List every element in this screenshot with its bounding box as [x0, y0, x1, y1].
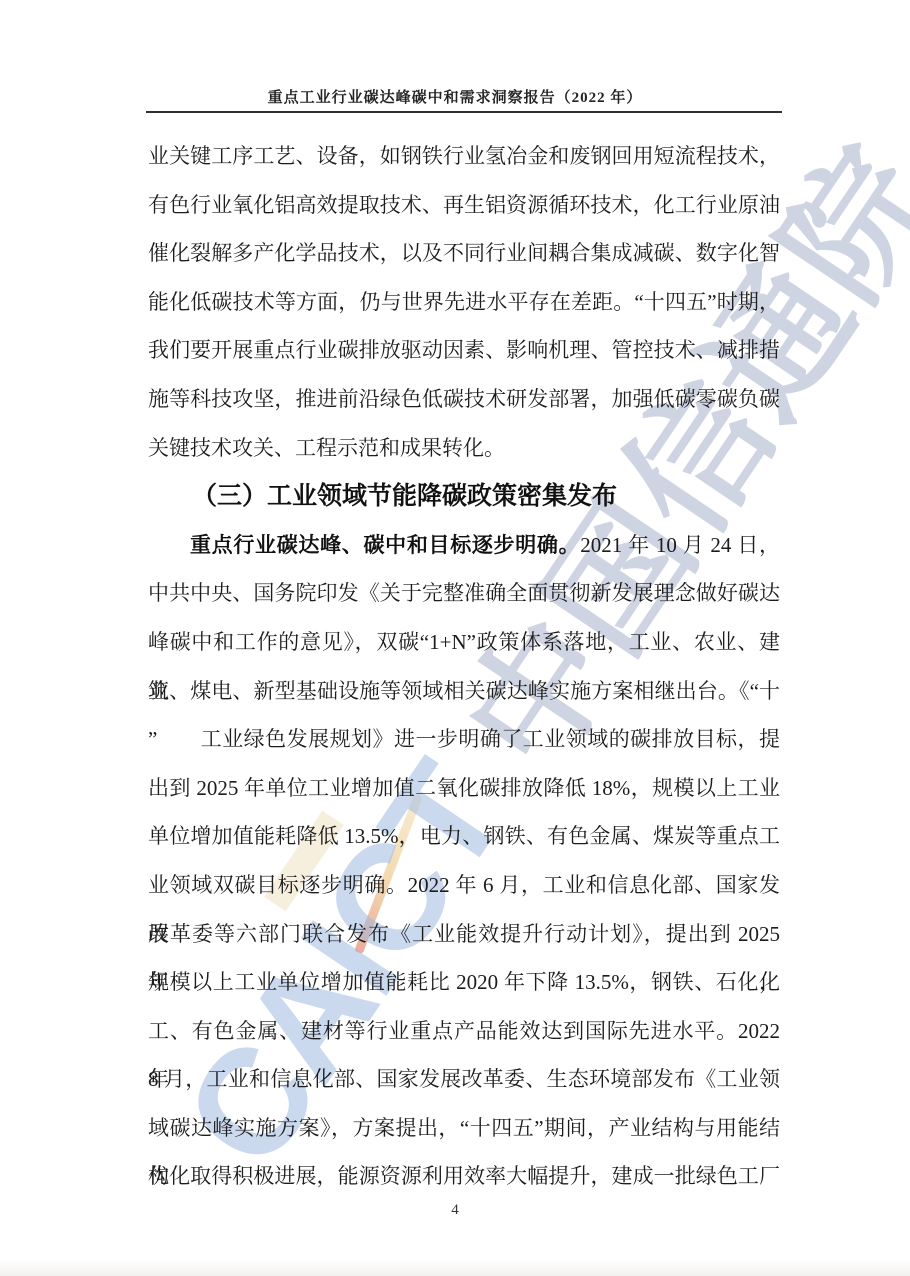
paragraph2-lead-rest: 2021 年 10 月 24 日，	[580, 533, 780, 557]
paragraph1-line: 业关键工序工艺、设备，如钢铁行业氢冶金和废钢回用短流程技术，	[148, 132, 780, 181]
paragraph1-line: 催化裂解多产化学品技术，以及不同行业间耦合集成减碳、数字化智	[148, 229, 780, 278]
paragraph2-lead-bold: 重点行业碳达峰、碳中和目标逐步明确。	[190, 534, 580, 557]
paragraph2-line: 中共中央、国务院印发《关于完整准确全面贯彻新发展理念做好碳达	[148, 569, 780, 618]
paragraph2-line: 业、煤电、新型基础设施等领域相关碳达峰实施方案相继出台。《“十	[148, 667, 780, 716]
paragraph1-line: 有色行业氧化铝高效提取技术、再生铝资源循环技术，化工行业原油	[148, 181, 780, 230]
paragraph1-line: 我们要开展重点行业碳排放驱动因素、影响机理、管控技术、减排措	[148, 326, 780, 375]
paragraph2-line: 8 月，工业和信息化部、国家发展改革委、生态环境部发布《工业领	[148, 1055, 780, 1104]
paragraph2-line: 重点行业碳达峰、碳中和目标逐步明确。2021 年 10 月 24 日，	[148, 521, 780, 570]
paragraph2-line: ” 工业绿色发展规划》进一步明确了工业领域的碳排放目标，提	[148, 715, 780, 764]
section-heading: （三）工业领域节能降碳政策密集发布	[148, 472, 780, 521]
paragraph2-line: 工、有色金属、建材等行业重点产品能效达到国际先进水平。2022 年	[148, 1007, 780, 1056]
paragraph2-line: 规模以上工业单位增加值能耗比 2020 年下降 13.5%，钢铁、石化化	[148, 958, 780, 1007]
paragraph2-line: 峰碳中和工作的意见》，双碳“1+N”政策体系落地，工业、农业、建筑	[148, 618, 780, 667]
running-header-title: 重点工业行业碳达峰碳中和需求洞察报告（2022 年）	[0, 86, 910, 107]
document-page: { "page": { "header": "重点工业行业碳达峰碳中和需求洞察报…	[0, 0, 910, 1276]
document-body: 业关键工序工艺、设备，如钢铁行业氢冶金和废钢回用短流程技术， 有色行业氧化铝高效…	[148, 132, 780, 1201]
paragraph1-line: 关键技术攻关、工程示范和成果转化。	[148, 424, 780, 473]
scan-bottom-shade	[0, 1260, 910, 1276]
header-rule	[146, 111, 782, 113]
paragraph1-line: 能化低碳技术等方面，仍与世界先进水平存在差距。“十四五”时期，	[148, 278, 780, 327]
paragraph1-line: 施等科技攻坚，推进前沿绿色低碳技术研发部署，加强低碳零碳负碳	[148, 375, 780, 424]
paragraph2-line: 优化取得积极进展，能源资源利用效率大幅提升，建成一批绿色工厂	[148, 1152, 780, 1201]
paragraph2-line: 单位增加值能耗降低 13.5%，电力、钢铁、有色金属、煤炭等重点工	[148, 812, 780, 861]
paragraph2-line: 改革委等六部门联合发布《工业能效提升行动计划》，提出到 2025 年，	[148, 910, 780, 959]
paragraph2-line: 业领域双碳目标逐步明确。2022 年 6 月，工业和信息化部、国家发展	[148, 861, 780, 910]
paragraph2-line: 出到 2025 年单位工业增加值二氧化碳排放降低 18%，规模以上工业	[148, 764, 780, 813]
page-number: 4	[0, 1202, 910, 1219]
paragraph2-line: 域碳达峰实施方案》，方案提出，“十四五”期间，产业结构与用能结构	[148, 1104, 780, 1153]
